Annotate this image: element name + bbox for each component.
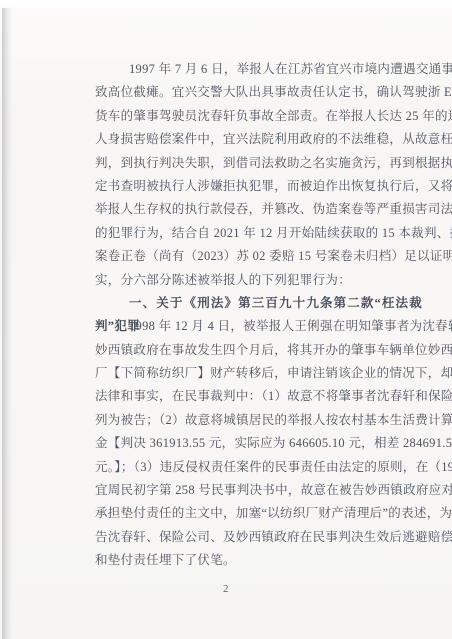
text-line: 法律和事实，在民事裁判中：（1）故意不将肇事者沈春轩和保险公司 [95, 385, 422, 408]
section-heading-line: 一、关于《刑法》第三百九十九条第二款“枉法裁判”犯罪 [95, 292, 422, 315]
text-line: 案卷正卷（尚有（2023）苏 02 委赔 15 号案卷未归档）足以证明的事 [95, 245, 422, 268]
text-line: 人身损害赔偿案件中，宜兴法院利用政府的不法维稳，从故意枉法裁 [95, 128, 422, 151]
text-line: 告沈春轩、保险公司、及妙西镇政府在民事判决生效后逃避赔偿责任 [95, 526, 422, 549]
text-line: 货车的肇事驾驶员沈春轩负事故全部责。在举报人长达 25 年的这起 [95, 105, 422, 128]
text-line: 举报人生存权的执行款侵吞，并篡改、伪造案卷等严重损害司法公正 [95, 198, 422, 221]
text-line: 1998 年 12 月 4 日，被举报人王俐强在明知肇事者为沈春轩，及 [95, 315, 422, 338]
text-line: 列为被告；（2）故意将城镇居民的举报人按农村基本生活费计算赔偿 [95, 409, 422, 432]
text-line: 定书查明被执行人涉嫌拒执犯罪，而被迫作出恢复执行后，又将涉及 [95, 175, 422, 198]
page-number: 2 [0, 583, 452, 595]
text-line: 妙西镇政府在事故发生四个月后，将其开办的肇事车辆单位妙西纺织 [95, 339, 422, 362]
text-line: 厂【下简称纺织厂】财产转移后，申请注销该企业的情况下，却违背 [95, 362, 422, 385]
text-line: 的犯罪行为，结合自 2021 年 12 月开始陆续获取的 15 本裁判、执行 [95, 222, 422, 245]
text-line: 和垫付责任埋下了伏笔。 [95, 549, 422, 572]
text-line: 判，到执行判决失职，到借司法救助之名实施贪污，再到根据执行裁 [95, 152, 422, 175]
text-line: 金【判决 361913.55 元，实际应为 646605.10 元，相差 284… [95, 432, 422, 455]
scanned-document-page: 1997 年 7 月 6 日，举报人在江苏省宜兴市境内遭遇交通事故，导致高位截瘫… [0, 0, 452, 639]
text-line: 致高位截瘫。宜兴交警大队出具事故责任认定书，确认驾驶浙 E-03006 [95, 81, 422, 104]
text-line: 元。】；（3）违反侵权责任案件的民事责任由法定的原则，在（1998） [95, 456, 422, 479]
text-line: 实，分六部分陈述被举报人的下列犯罪行为： [95, 269, 422, 292]
text-line: 宜周民初字第 258 号民事判决书中，故意在被告妙西镇政府应对赔偿 [95, 479, 422, 502]
text-line: 1997 年 7 月 6 日，举报人在江苏省宜兴市境内遭遇交通事故，导 [95, 58, 422, 81]
document-body-text: 1997 年 7 月 6 日，举报人在江苏省宜兴市境内遭遇交通事故，导致高位截瘫… [95, 58, 422, 573]
text-line: 承担垫付责任的主文中，加塞“以纺织厂财产清理后”的表述，为被 [95, 502, 422, 525]
